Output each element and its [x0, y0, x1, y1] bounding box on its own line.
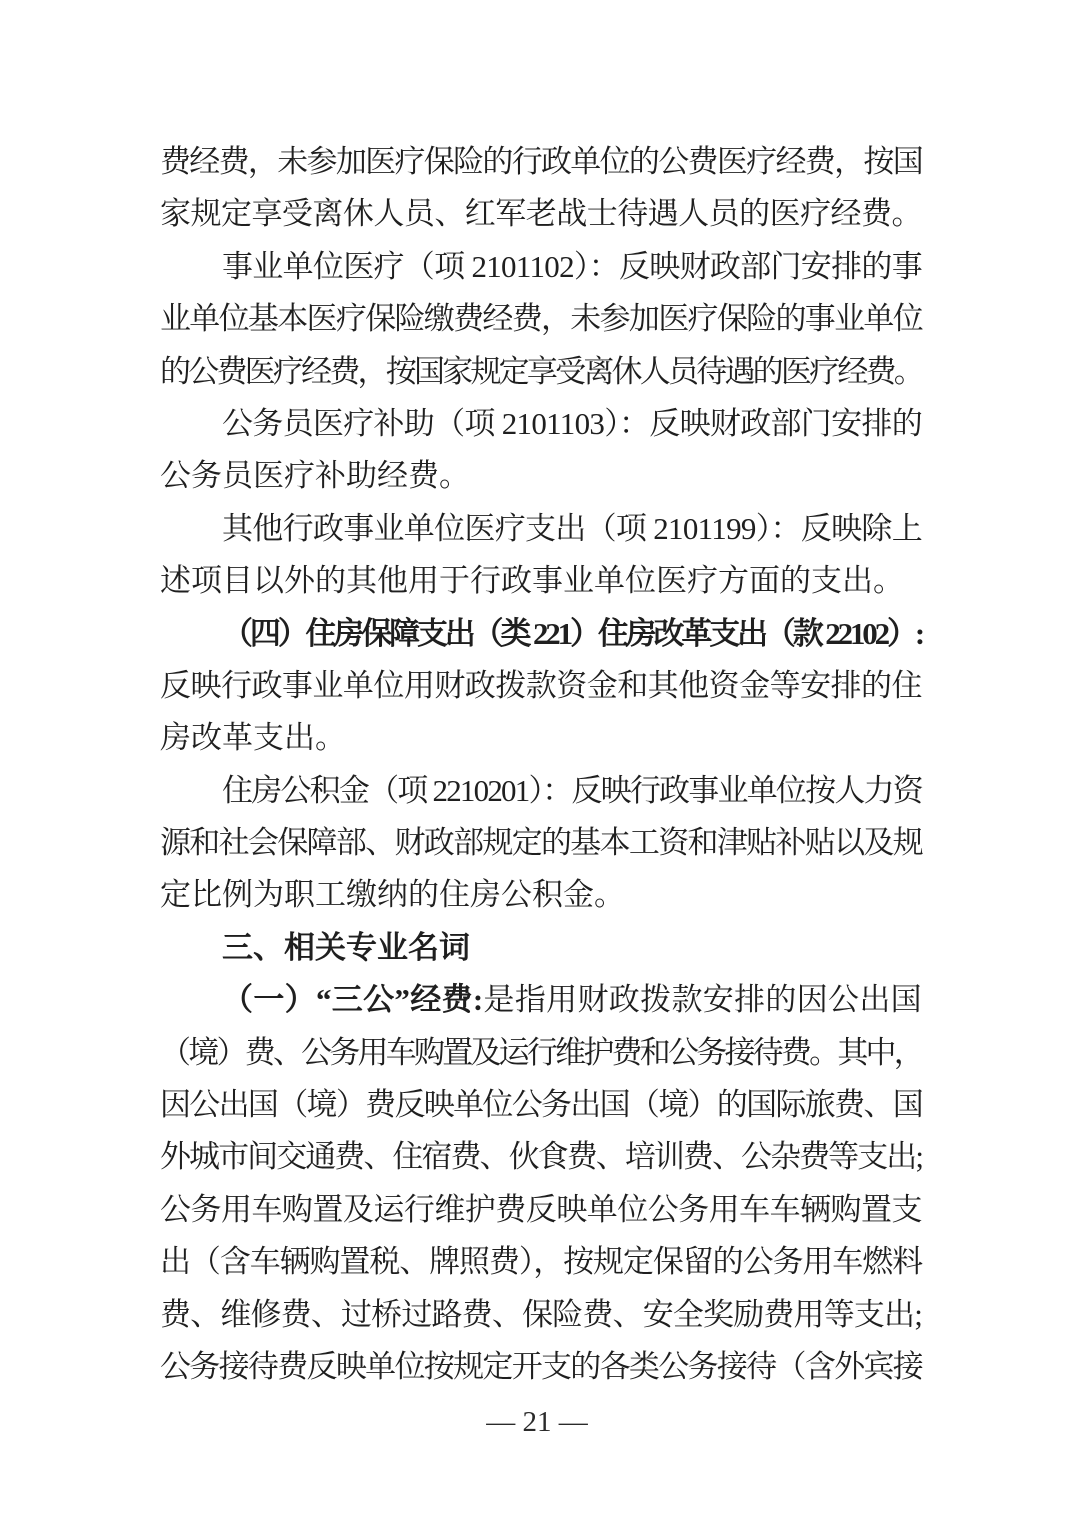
term-heading-sangong: （一）“三公”经费:是指用财政拨款安排的因公出国 — [160, 974, 922, 1026]
page-number: — 21 — — [0, 1406, 1074, 1439]
text-line: 述项目以外的其他用于行政事业单位医疗方面的支出。 — [160, 555, 922, 607]
body-text: 其他行政事业单位医疗支出（项 2101199）：反映除上 — [222, 511, 922, 546]
text-line: 公务接待费反映单位按规定开支的各类公务接待（含外宾接 — [160, 1341, 922, 1393]
text-line: 公务员医疗补助经费。 — [160, 450, 922, 502]
text-line: 公务用车购置及运行维护费反映单位公务用车车辆购置支 — [160, 1184, 922, 1236]
body-text: 业单位基本医疗保险缴费经费，未参加医疗保险的事业单位 — [160, 301, 922, 336]
body-text: 定比例为职工缴纳的住房公积金。 — [160, 877, 625, 912]
text-line: 公务员医疗补助（项 2101103）：反映财政部门安排的 — [160, 398, 922, 450]
text-line: 家规定享受离休人员、红军老战士待遇人员的医疗经费。 — [160, 188, 922, 240]
body-text: （境）费、公务用车购置及运行维护费和公务接待费。其中， — [160, 1035, 922, 1070]
body-text: 外城市间交通费、住宿费、伙食费、培训费、公杂费等支出; — [160, 1139, 922, 1174]
emphasized-text: （一）“三公”经费: — [222, 982, 484, 1017]
body-text: 家规定享受离休人员、红军老战士待遇人员的医疗经费。 — [160, 196, 922, 231]
document-body: 费经费，未参加医疗保险的行政单位的公费医疗经费，按国家规定享受离休人员、红军老战… — [160, 136, 922, 1393]
text-line: 费经费，未参加医疗保险的行政单位的公费医疗经费，按国 — [160, 136, 922, 188]
text-line: 的公费医疗经费，按国家规定享受离休人员待遇的医疗经费。 — [160, 346, 922, 398]
body-text: 事业单位医疗（项 2101102）：反映财政部门安排的事 — [222, 249, 922, 284]
text-line: 出（含车辆购置税、牌照费），按规定保留的公务用车燃料 — [160, 1236, 922, 1288]
section-heading-terms: 三、相关专业名词 — [160, 922, 922, 974]
text-line: 费、维修费、过桥过路费、保险费、安全奖励费用等支出; — [160, 1289, 922, 1341]
text-line: 外城市间交通费、住宿费、伙食费、培训费、公杂费等支出; — [160, 1131, 922, 1183]
body-text: 出（含车辆购置税、牌照费），按规定保留的公务用车燃料 — [160, 1244, 922, 1279]
body-text: 公务员医疗补助经费。 — [160, 458, 470, 493]
text-line: 因公出国（境）费反映单位公务出国（境）的国际旅费、国 — [160, 1079, 922, 1131]
text-line: 房改革支出。 — [160, 712, 922, 764]
text-line: （境）费、公务用车购置及运行维护费和公务接待费。其中， — [160, 1027, 922, 1079]
document-page: 费经费，未参加医疗保险的行政单位的公费医疗经费，按国家规定享受离休人员、红军老战… — [0, 0, 1074, 1520]
body-text: 的公费医疗经费，按国家规定享受离休人员待遇的医疗经费。 — [160, 354, 922, 389]
text-line: 事业单位医疗（项 2101102）：反映财政部门安排的事 — [160, 241, 922, 293]
text-line: 业单位基本医疗保险缴费经费，未参加医疗保险的事业单位 — [160, 293, 922, 345]
body-text: 费、维修费、过桥过路费、保险费、安全奖励费用等支出; — [160, 1297, 922, 1332]
emphasized-text: 三、相关专业名词 — [222, 930, 470, 965]
text-line: 住房公积金（项 2210201）：反映行政事业单位按人力资 — [160, 765, 922, 817]
body-text: 公务接待费反映单位按规定开支的各类公务接待（含外宾接 — [160, 1349, 922, 1384]
body-text: 费经费，未参加医疗保险的行政单位的公费医疗经费，按国 — [160, 144, 922, 179]
body-text: 源和社会保障部、财政部规定的基本工资和津贴补贴以及规 — [160, 825, 922, 860]
body-text: 述项目以外的其他用于行政事业单位医疗方面的支出。 — [160, 563, 904, 598]
text-line: 反映行政事业单位用财政拨款资金和其他资金等安排的住 — [160, 660, 922, 712]
body-text: 公务用车购置及运行维护费反映单位公务用车车辆购置支 — [160, 1192, 922, 1227]
body-text: 公务员医疗补助（项 2101103）：反映财政部门安排的 — [222, 406, 922, 441]
text-line: 其他行政事业单位医疗支出（项 2101199）：反映除上 — [160, 503, 922, 555]
text-line: 定比例为职工缴纳的住房公积金。 — [160, 869, 922, 921]
body-text: 住房公积金（项 2210201）：反映行政事业单位按人力资 — [222, 773, 922, 808]
body-text: 因公出国（境）费反映单位公务出国（境）的国际旅费、国 — [160, 1087, 922, 1122]
section-heading-housing: （四）住房保障支出（类 221）住房改革支出（款 22102）: — [160, 608, 922, 660]
body-text: 反映行政事业单位用财政拨款资金和其他资金等安排的住 — [160, 668, 922, 703]
body-text: 房改革支出。 — [160, 720, 346, 755]
body-text: 是指用财政拨款安排的因公出国 — [484, 982, 922, 1017]
emphasized-text: （四）住房保障支出（类 221）住房改革支出（款 22102）: — [222, 616, 922, 651]
text-line: 源和社会保障部、财政部规定的基本工资和津贴补贴以及规 — [160, 817, 922, 869]
